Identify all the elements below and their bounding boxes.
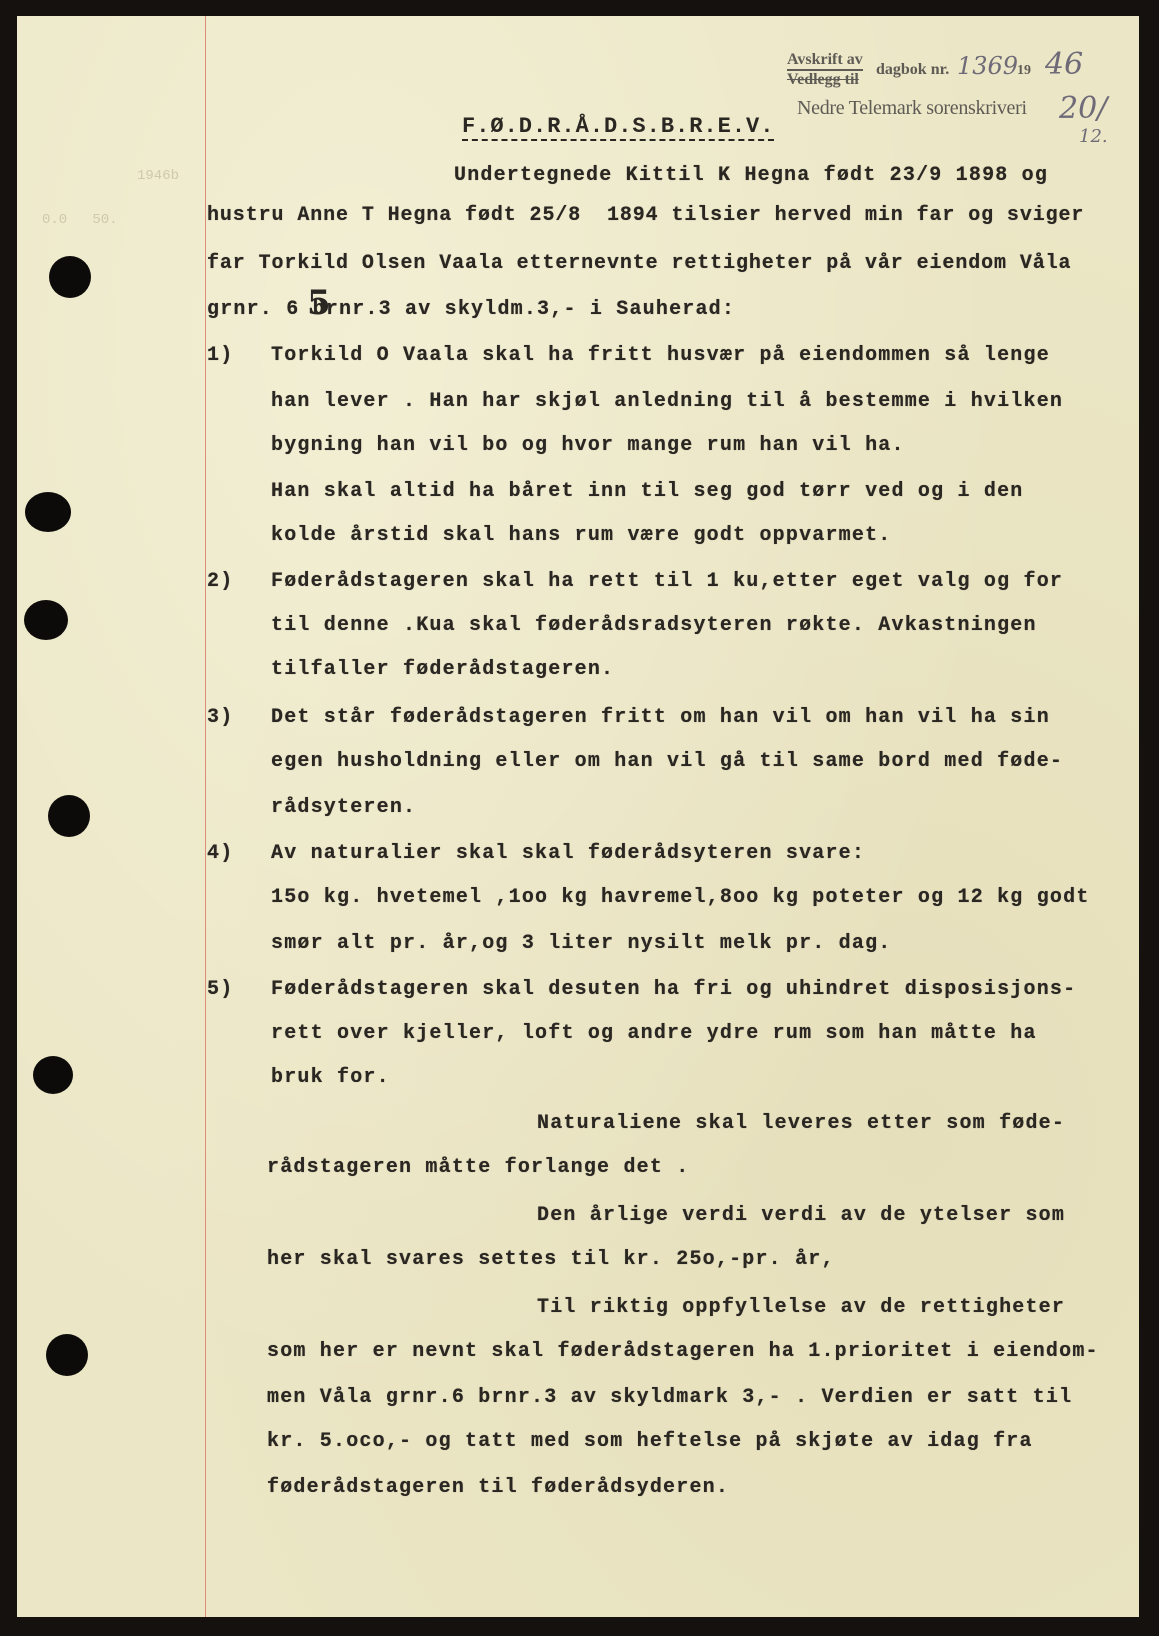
margin-faint-mark: 0.0 50. xyxy=(42,212,118,228)
body-line: rett over kjeller, loft og andre ydre ru… xyxy=(271,1024,1037,1044)
body-line: grnr. 6 brnr.3 av skyldm.3,- i Sauherad: xyxy=(207,300,735,320)
body-line: Naturaliene skal leveres etter som føde- xyxy=(537,1114,1065,1134)
stamp-year-prefix: 19 xyxy=(1017,64,1031,78)
body-line: bygning han vil bo og hvor mange rum han… xyxy=(271,436,905,456)
body-line: Føderådstageren skal desuten ha fri og u… xyxy=(271,980,1076,1000)
section-number-5: 5) xyxy=(207,980,233,1000)
document-title: F.Ø.D.R.Å.D.S.B.R.E.V. xyxy=(462,114,774,141)
body-line: men Våla grnr.6 brnr.3 av skyldmark 3,- … xyxy=(267,1388,1072,1408)
punch-hole-3 xyxy=(24,600,68,640)
punch-hole-5 xyxy=(33,1056,73,1094)
section-number-2: 2) xyxy=(207,572,233,592)
body-line: kolde årstid skal hans rum være godt opp… xyxy=(271,526,892,546)
body-line: egen husholdning eller om han vil gå til… xyxy=(271,752,1063,772)
body-line: Til riktig oppfyllelse av de rettigheter xyxy=(537,1298,1065,1318)
body-line: her skal svares settes til kr. 25o,-pr. … xyxy=(267,1250,835,1270)
body-line: Han skal altid ha båret inn til seg god … xyxy=(271,482,1024,502)
handwritten-dagbok-number: 1369 xyxy=(957,54,1018,78)
body-line: hustru Anne T Hegna født 25/8 1894 tilsi… xyxy=(207,206,1084,226)
handwritten-year: 46 xyxy=(1045,50,1083,80)
margin-rule xyxy=(205,16,206,1617)
margin-faint-mark: 1946b xyxy=(137,168,179,184)
scanned-document: 1946b 0.0 50. Avskrift av Vedlegg til da… xyxy=(0,0,1159,1636)
body-line: smør alt pr. år,og 3 liter nysilt melk p… xyxy=(271,934,892,954)
body-line: Det står føderådstageren fritt om han vi… xyxy=(271,708,1050,728)
paper-page: 1946b 0.0 50. Avskrift av Vedlegg til da… xyxy=(17,16,1139,1617)
stamp-vedlegg-til: Vedlegg til xyxy=(787,72,859,88)
body-line: tilfaller føderådstageren. xyxy=(271,660,614,680)
body-line: til denne .Kua skal føderådsradsyteren r… xyxy=(271,616,1037,636)
punch-hole-4 xyxy=(48,795,90,837)
body-line: 15o kg. hvetemel ,1oo kg havremel,8oo kg… xyxy=(271,888,1090,908)
stamp-avskrift-av: Avskrift av xyxy=(787,52,863,71)
punch-hole-6 xyxy=(46,1334,88,1376)
office-stamp: Nedre Telemark sorenskriveri xyxy=(797,98,1027,118)
body-line: føderådstageren til føderådsyderen. xyxy=(267,1478,729,1498)
handwritten-date-month: 12. xyxy=(1079,128,1108,146)
body-line: Føderådstageren skal ha rett til 1 ku,et… xyxy=(271,572,1063,592)
body-line: rådstageren måtte forlange det . xyxy=(267,1158,689,1178)
punch-hole-2 xyxy=(25,492,71,532)
body-line: kr. 5.oco,- og tatt med som heftelse på … xyxy=(267,1432,1033,1452)
body-line: Undertegnede Kittil K Hegna født 23/9 18… xyxy=(454,166,1048,186)
section-number-1: 1) xyxy=(207,346,233,366)
body-line: han lever . Han har skjøl anledning til … xyxy=(271,392,1063,412)
body-line: Av naturalier skal skal føderådsyteren s… xyxy=(271,844,865,864)
body-line: Den årlige verdi verdi av de ytelser som xyxy=(537,1206,1065,1226)
body-line: bruk for. xyxy=(271,1068,390,1088)
handwritten-correction-5: 5 xyxy=(307,286,331,320)
section-number-4: 4) xyxy=(207,844,233,864)
body-line: som her er nevnt skal føderådstageren ha… xyxy=(267,1342,1099,1362)
stamp-dagbok-label: dagbok nr. xyxy=(876,62,949,78)
section-number-3: 3) xyxy=(207,708,233,728)
body-line: Torkild O Vaala skal ha fritt husvær på … xyxy=(271,346,1050,366)
body-line: rådsyteren. xyxy=(271,798,416,818)
punch-hole-1 xyxy=(49,256,91,298)
body-line: far Torkild Olsen Vaala etternevnte rett… xyxy=(207,254,1071,274)
handwritten-date-day: 20/ xyxy=(1059,94,1107,124)
